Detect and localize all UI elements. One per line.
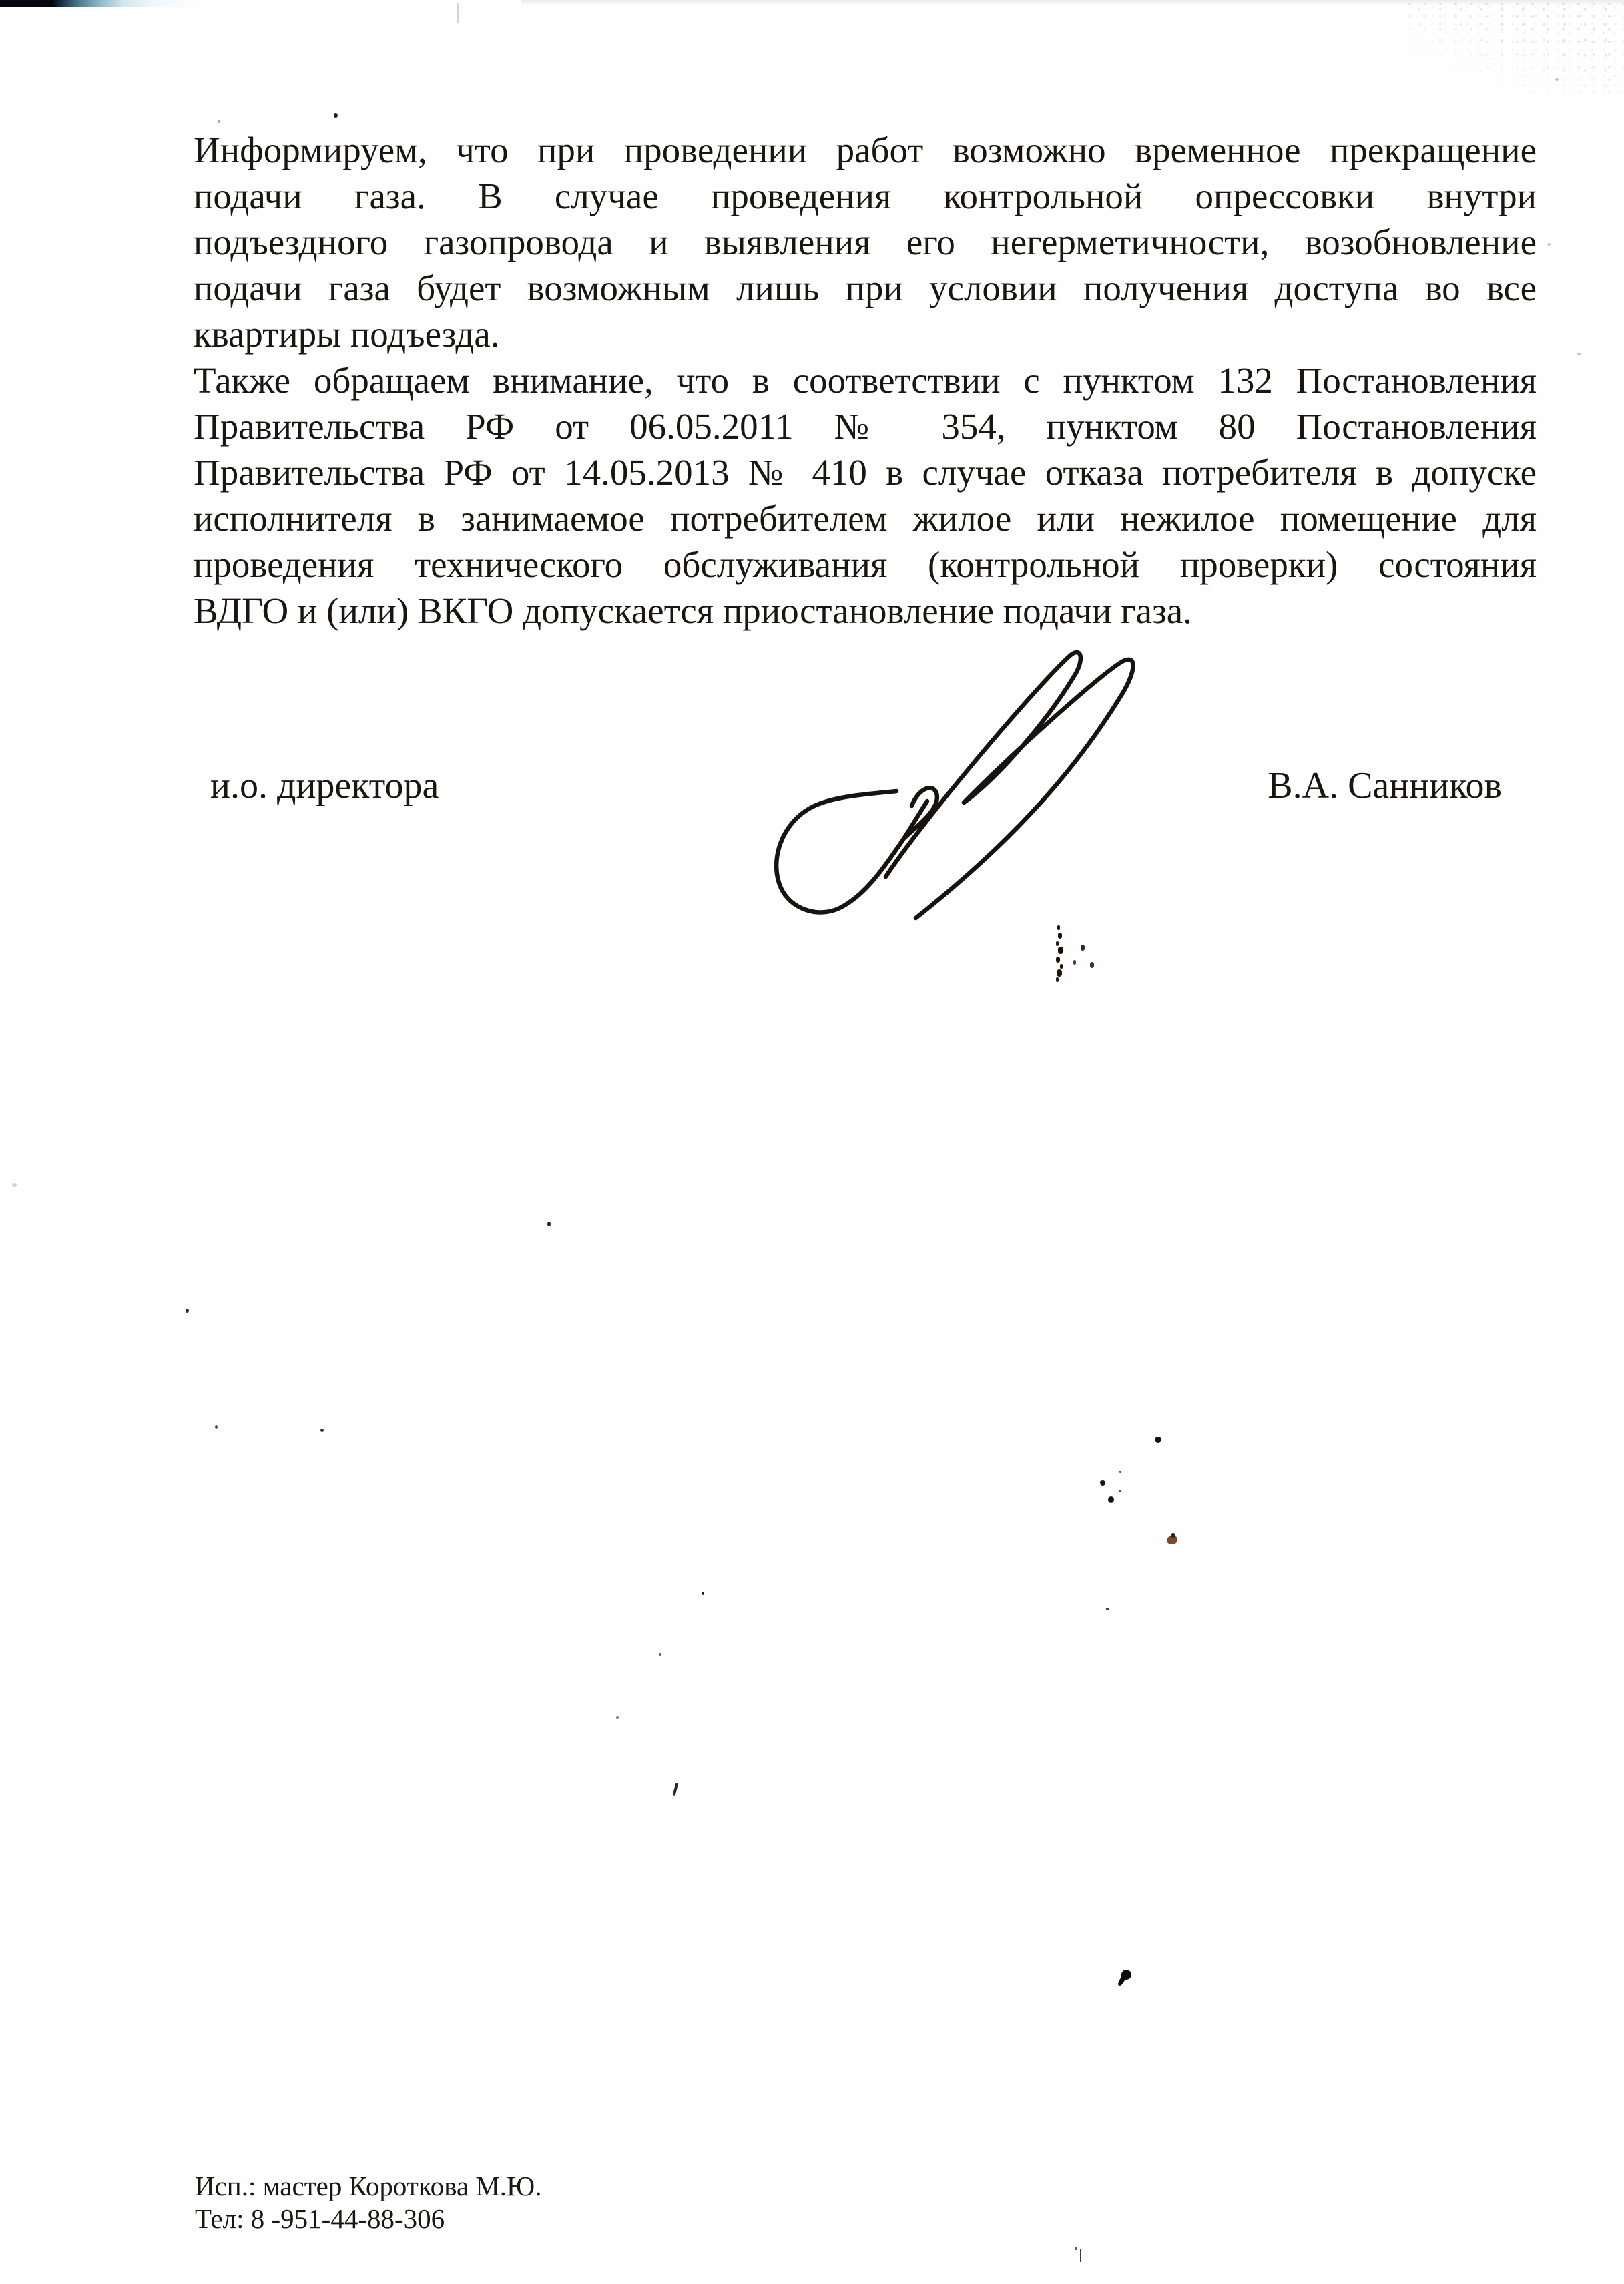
scan-speck xyxy=(334,113,338,118)
text-line: Правительства РФ от 14.05.2013 № 410 в с… xyxy=(194,449,1537,495)
scan-speck xyxy=(1108,1496,1114,1503)
text-line: Информируем, что при проведении работ во… xyxy=(194,127,1537,173)
scan-speck xyxy=(320,1429,324,1432)
scan-speck xyxy=(1119,1471,1121,1473)
scan-speck xyxy=(1075,2247,1077,2250)
scan-speck xyxy=(218,120,220,123)
scan-speck xyxy=(1100,1480,1105,1486)
scan-stain xyxy=(1167,1536,1177,1544)
phone-line: Тел: 8 -951-44-88-306 xyxy=(195,2203,541,2235)
scan-speck xyxy=(457,3,459,23)
scan-speck xyxy=(215,1425,218,1429)
scan-speck xyxy=(1577,353,1581,355)
scan-speck xyxy=(1155,1437,1161,1443)
handwritten-signature xyxy=(734,621,1135,921)
scan-speck xyxy=(1106,1608,1109,1610)
scan-speck xyxy=(659,1653,661,1656)
scan-speck xyxy=(547,1222,551,1226)
paragraph-gas-works: Информируем, что при проведении работ во… xyxy=(194,127,1537,357)
signature-stroke-2 xyxy=(916,660,1133,918)
scan-edge-artifact xyxy=(0,0,200,7)
scanned-letter-page: Информируем, что при проведении работ во… xyxy=(0,0,1624,2284)
scan-noise-artifact xyxy=(1405,0,1624,100)
text-line: квартиры подъезда. xyxy=(194,311,1537,357)
signature-stroke-1 xyxy=(886,652,1081,877)
text-line: Также обращаем внимание, что в соответст… xyxy=(194,357,1537,403)
letter-body: Информируем, что при проведении работ во… xyxy=(194,127,1537,634)
scan-speck xyxy=(186,1309,189,1313)
scan-speck xyxy=(1547,243,1551,246)
text-line: подачи газа. В случае проведения контрол… xyxy=(194,173,1537,219)
paragraph-legal-basis: Также обращаем внимание, что в соответст… xyxy=(194,357,1537,634)
text-line: подачи газа будет возможным лишь при усл… xyxy=(194,265,1537,311)
scan-speck xyxy=(1080,2249,1081,2262)
letter-footer: Исп.: мастер Короткова М.Ю. Тел: 8 -951-… xyxy=(195,2170,541,2235)
ink-blot xyxy=(1121,1969,1132,1980)
scan-speck xyxy=(1555,78,1559,81)
signer-name: В.А. Санников xyxy=(1268,764,1502,807)
executor-line: Исп.: мастер Короткова М.Ю. xyxy=(195,2170,541,2203)
text-line: Правительства РФ от 06.05.2011 № 354, пу… xyxy=(194,403,1537,449)
scan-smudge xyxy=(1057,925,1060,930)
signer-role: и.о. директора xyxy=(210,764,439,807)
scan-haze-artifact xyxy=(521,0,1624,5)
text-line: исполнителя в занимаемое потребителем жи… xyxy=(194,495,1537,541)
scan-speck xyxy=(616,1716,619,1719)
scan-speck xyxy=(672,1783,678,1796)
scan-speck xyxy=(1119,1490,1121,1492)
text-line: проведения технического обслуживания (ко… xyxy=(194,541,1537,588)
text-line: подъездного газопровода и выявления его … xyxy=(194,219,1537,265)
scan-smudge xyxy=(702,1592,704,1595)
scan-speck xyxy=(12,1183,17,1187)
